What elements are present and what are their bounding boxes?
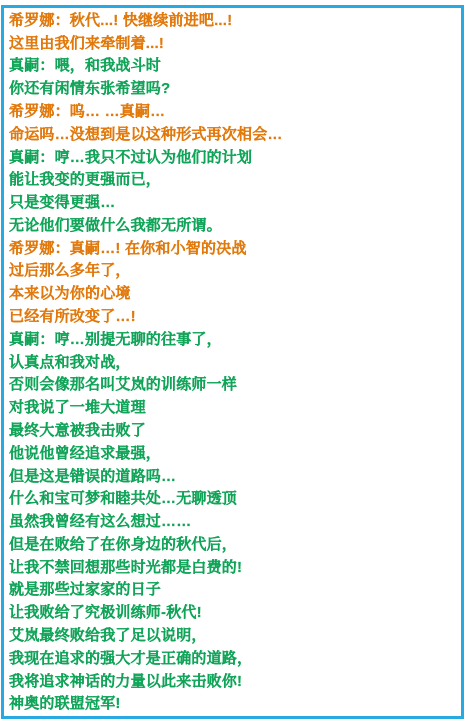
dialogue-line: 你还有闲情东张希望吗? bbox=[9, 77, 459, 100]
dialogue-line: 让我不禁回想那些时光都是白费的! bbox=[9, 556, 459, 579]
dialogue-line: 他说他曾经追求最强， bbox=[9, 442, 459, 465]
dialogue-line: 希罗娜：真嗣…! 在你和小智的决战 bbox=[9, 237, 459, 260]
dialogue-line: 我现在追求的强大才是正确的道路， bbox=[9, 647, 459, 670]
dialogue-line: 让我败给了究极训练师-秋代! bbox=[9, 601, 459, 624]
dialogue-line: 对我说了一堆大道理 bbox=[9, 396, 459, 419]
dialogue-line: 最终大意被我击败了 bbox=[9, 419, 459, 442]
dialogue-line: 神奥的联盟冠军! bbox=[9, 692, 459, 715]
dialogue-line: 认真点和我对战， bbox=[9, 351, 459, 374]
dialogue-line: 什么和宝可梦和睦共处…无聊透顶 bbox=[9, 487, 459, 510]
dialogue-line: 能让我变的更强而已， bbox=[9, 168, 459, 191]
dialogue-line: 命运吗…没想到是以这种形式再次相会… bbox=[9, 123, 459, 146]
dialogue-line: 否则会像那名叫艾岚的训练师一样 bbox=[9, 374, 459, 397]
dialogue-line: 无论他们要做什么我都无所谓。 bbox=[9, 214, 459, 237]
page: 希罗娜：秋代...! 快继续前进吧...!这里由我们来牵制着...!真嗣：喂，和… bbox=[0, 0, 470, 726]
dialogue-line: 只是变得更强… bbox=[9, 191, 459, 214]
dialogue-line: 真嗣：喂，和我战斗时 bbox=[9, 55, 459, 78]
dialogue-panel: 希罗娜：秋代...! 快继续前进吧...!这里由我们来牵制着...!真嗣：喂，和… bbox=[1, 5, 464, 719]
dialogue-line: 这里由我们来牵制着...! bbox=[9, 32, 459, 55]
dialogue-line: 艾岚最终败给我了足以说明， bbox=[9, 624, 459, 647]
dialogue-line: 本来以为你的心境 bbox=[9, 282, 459, 305]
dialogue-line: 真嗣：哼…我只不过认为他们的计划 bbox=[9, 146, 459, 169]
dialogue-line: 真嗣：哼…别提无聊的往事了， bbox=[9, 328, 459, 351]
dialogue-line: 希罗娜：秋代...! 快继续前进吧...! bbox=[9, 9, 459, 32]
dialogue-line: 我将追求神话的力量以此来击败你! bbox=[9, 670, 459, 693]
dialogue-line: 虽然我曾经有这么想过…… bbox=[9, 510, 459, 533]
dialogue-line: 希罗娜：呜… …真嗣… bbox=[9, 100, 459, 123]
dialogue-line: 过后那么多年了， bbox=[9, 260, 459, 283]
dialogue-line: 但是这是错误的道路吗… bbox=[9, 465, 459, 488]
dialogue-line: 就是那些过家家的日子 bbox=[9, 579, 459, 602]
dialogue-line: 已经有所改变了…! bbox=[9, 305, 459, 328]
dialogue-line: 但是在败给了在你身边的秋代后， bbox=[9, 533, 459, 556]
